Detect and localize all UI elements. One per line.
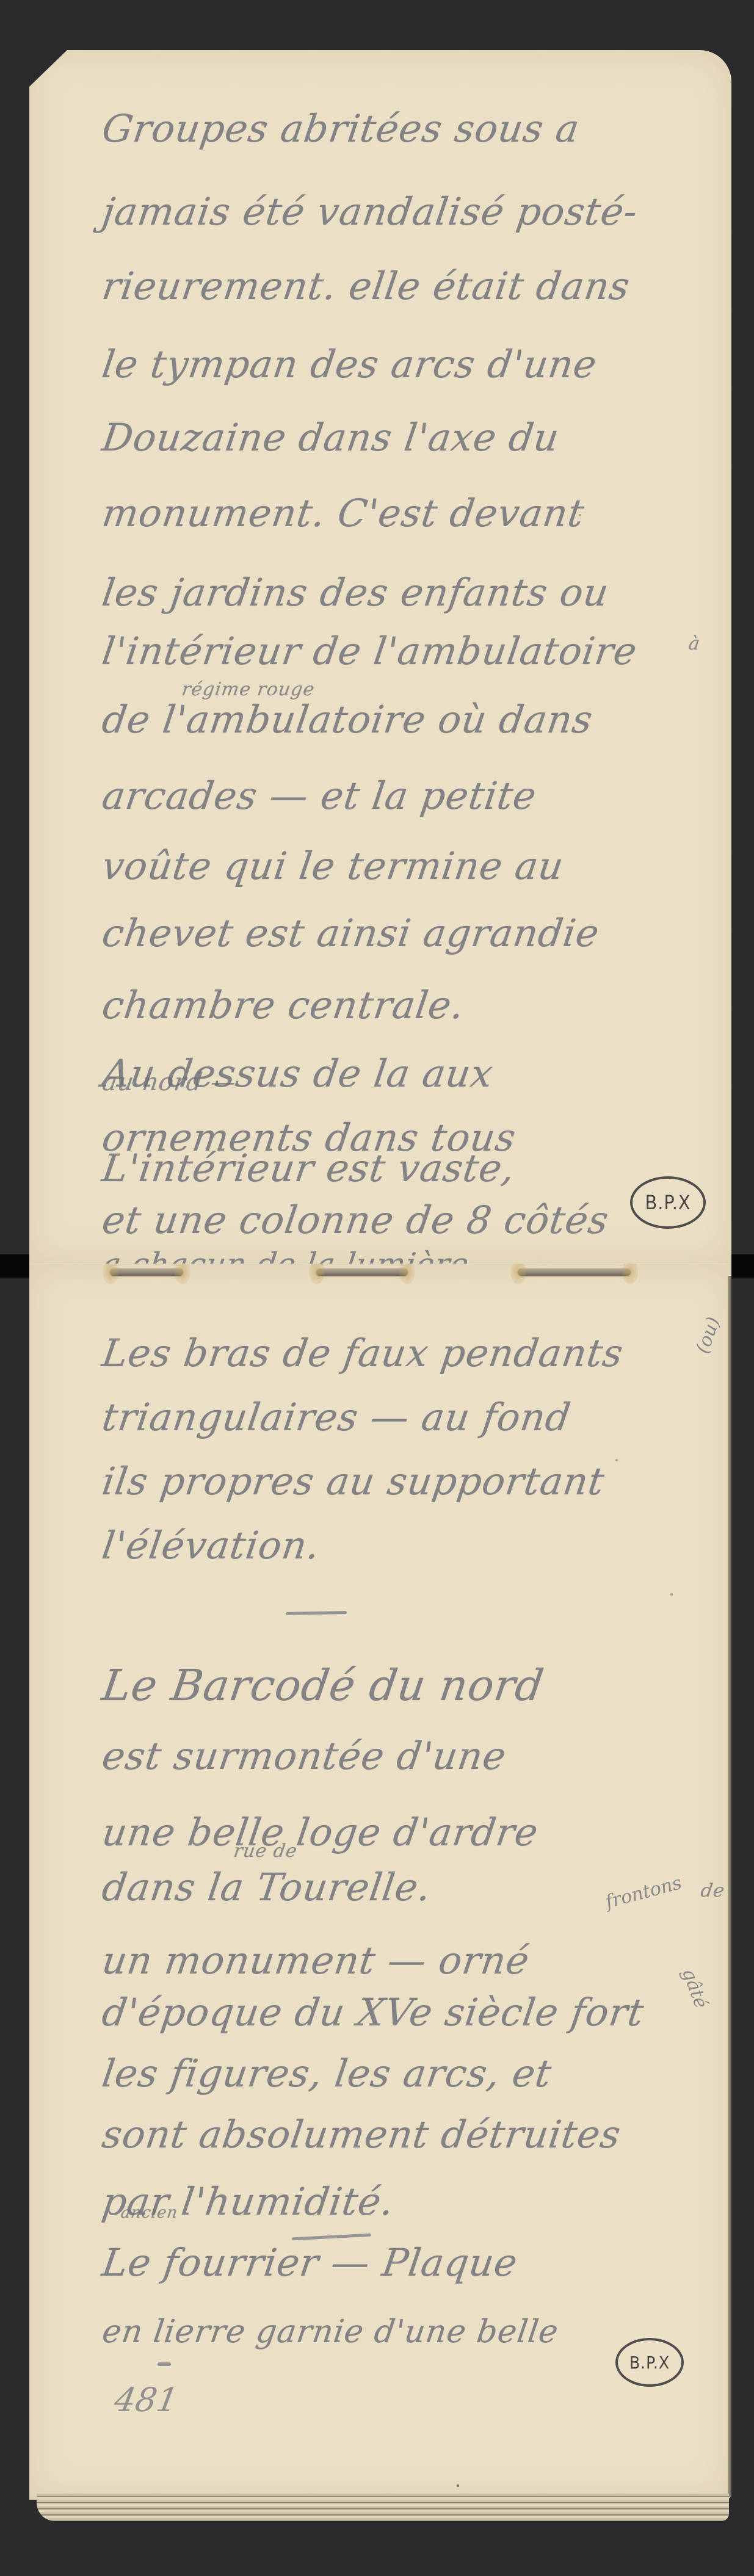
page-stack-bottom-edge [37, 2494, 729, 2521]
margin-note: frontons [603, 1872, 684, 1913]
handwritten-line: chambre centrale. [100, 983, 467, 1027]
handwritten-line: de l'ambulatoire où dans [100, 697, 596, 742]
folio-number: 481 [111, 2381, 181, 2419]
handwritten-line: monument. C'est devant [100, 491, 587, 535]
handwritten-line: ils propres au supportant [100, 1459, 607, 1503]
margin-note: (ou) [692, 1314, 725, 1356]
handwritten-line: L'intérieur est vaste, [100, 1146, 518, 1190]
handwritten-line: les figures, les arcs, et [100, 2051, 554, 2096]
handwritten-line: l'élévation. [100, 1523, 323, 1568]
handwritten-line: au nord — [101, 1068, 238, 1096]
handwritten-line: Douzaine dans l'axe du [100, 415, 562, 460]
page-stack-right-edge [728, 1276, 731, 2497]
binding-stitch [518, 1268, 631, 1276]
handwritten-line: sont absolument détruites [100, 2112, 624, 2157]
handwritten-line: rieurement. elle était dans [100, 264, 633, 308]
binding-stitch [110, 1268, 183, 1276]
section-divider [286, 1611, 347, 1615]
handwritten-line: Groupes abritées sous a [100, 106, 582, 151]
paper-speck [579, 514, 581, 516]
handwritten-line: et une colonne de 8 côtés [100, 1198, 612, 1242]
handwritten-line: chevet est ainsi agrandie [100, 911, 603, 955]
stamp-text: B.P.X [629, 2353, 670, 2373]
upper-notebook-leaf: Groupes abritées sous a jamais été vanda… [29, 50, 731, 1264]
pencil-dash [158, 2362, 171, 2366]
handwritten-line: Le Barcodé du nord [99, 1660, 547, 1710]
handwritten-line: voûte qui le termine au [100, 844, 567, 888]
handwritten-line: une belle loge d'ardre [100, 1810, 542, 1854]
interlinear-addition: rue de [233, 1840, 299, 1862]
handwritten-line: un monument — orné [100, 1938, 532, 1983]
stamp-text: B.P.X [645, 1191, 691, 1214]
strike-rule [292, 2234, 371, 2241]
paper-speck [615, 1459, 618, 1461]
handwritten-line: Le fourrier — Plaque [100, 2240, 521, 2285]
handwritten-line: d'époque du XVe siècle fort [100, 1990, 647, 2035]
library-stamp: B.P.X [615, 2338, 684, 2387]
interlinear-addition: à [687, 633, 702, 654]
handwritten-line: a chacun de la lumière [100, 1246, 471, 1264]
paper-speck [261, 123, 264, 126]
binding-stitch [316, 1268, 408, 1276]
interlinear-addition: de [700, 1880, 727, 1901]
handwritten-line: Les bras de faux pendants [100, 1331, 626, 1375]
handwritten-line: est surmontée d'une [100, 1734, 509, 1778]
handwritten-line: le tympan des arcs d'une [100, 342, 600, 386]
library-stamp: B.P.X [630, 1176, 706, 1229]
handwritten-line: l'intérieur de l'ambulatoire [100, 629, 640, 673]
lower-notebook-leaf: Les bras de faux pendants (ou) triangula… [29, 1264, 731, 2500]
handwritten-line: dans la Tourelle. [100, 1865, 434, 1909]
margin-note: gâté [678, 1966, 712, 2011]
interlinear-addition: ancien [120, 2204, 179, 2222]
handwritten-line: les jardins des enfants ou [100, 570, 612, 615]
paper-speck [670, 1593, 673, 1596]
handwritten-line: triangulaires — au fond [100, 1395, 574, 1439]
handwritten-line: arcades — et la petite [100, 773, 540, 818]
handwritten-line: jamais été vandalisé posté- [100, 189, 640, 234]
paper-speck [457, 2484, 459, 2487]
handwritten-line: en lierre garnie d'une belle [100, 2314, 561, 2350]
